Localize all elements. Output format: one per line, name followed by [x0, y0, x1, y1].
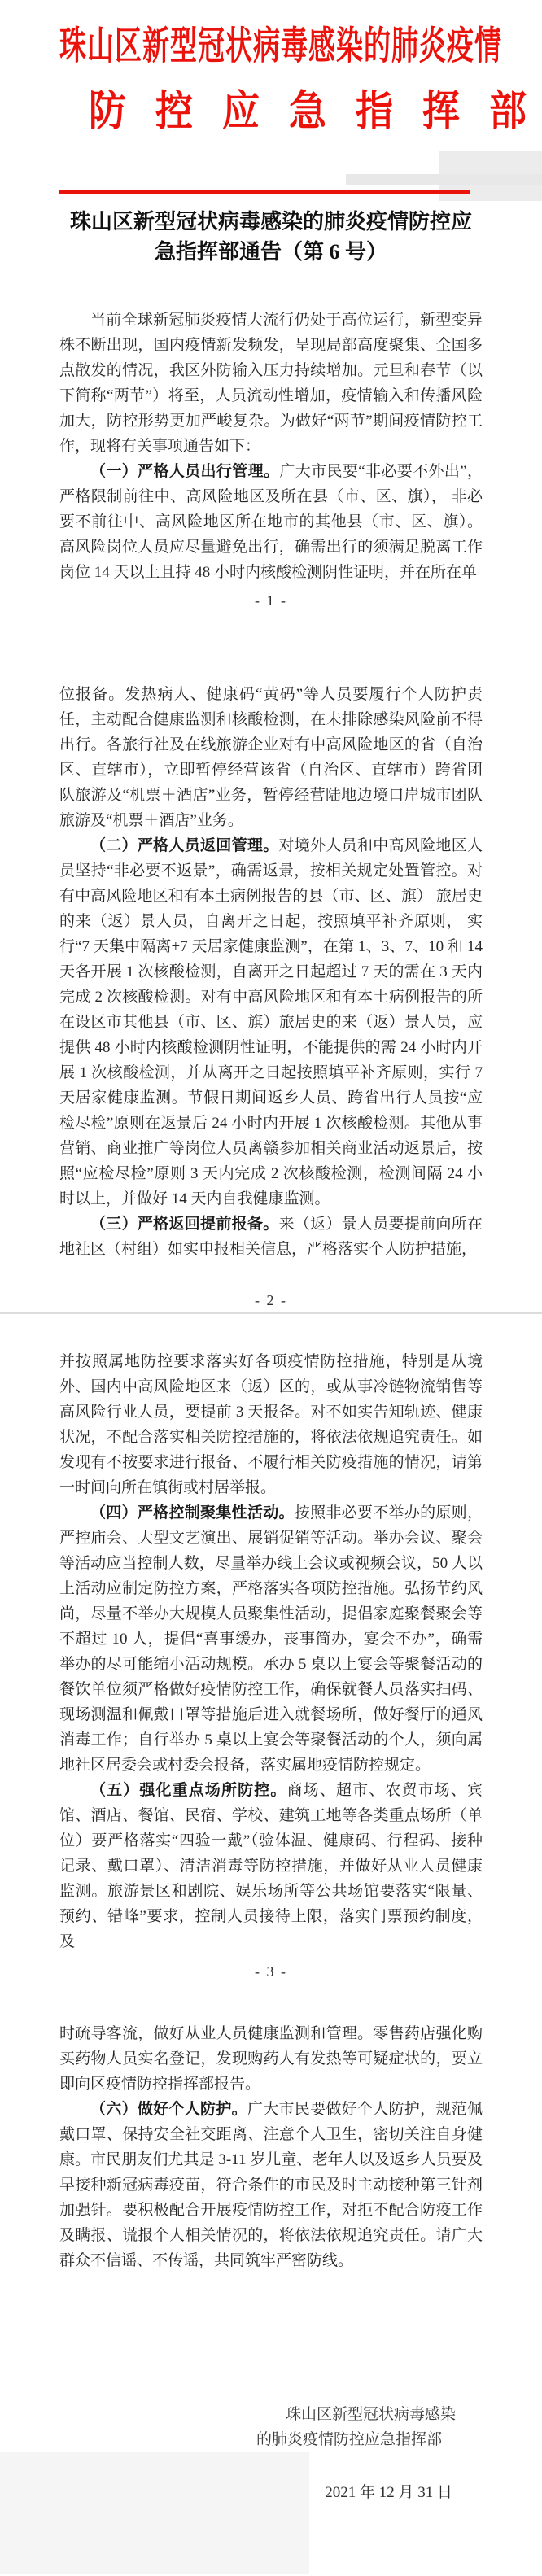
signature-line-2: 的肺炎疫情防控应急指挥部 — [59, 2427, 442, 2452]
notice-title-line-2: 急指挥部通告（第 6 号） — [59, 237, 483, 267]
page-2: 位报备。发热病人、健康码“黄码”等人员要履行个人防护责任，主动配合健康监测和核酸… — [0, 651, 542, 1314]
section-heading: （五）强化重点场所防控。 — [90, 1782, 287, 1799]
paragraph: 当前全球新冠肺炎疫情大流行仍处于高位运行，新型变异株不断出现，国内疫情新发频发，… — [59, 308, 483, 459]
section-heading: （二）严格人员返回管理。 — [90, 837, 279, 854]
page-number: - 3 - — [0, 1963, 542, 1981]
page-1: 珠山区新型冠状病毒感染的肺炎疫情 防控应急指挥部 珠山区新型冠状病毒感染的肺炎疫… — [0, 0, 542, 651]
page-1-body: 当前全球新冠肺炎疫情大流行仍处于高位运行，新型变异株不断出现，国内疫情新发频发，… — [59, 308, 483, 585]
paragraph: 并按照属地防控要求落实好各项疫情防控措施，特别是从境外、国内中高风险地区来（返）… — [59, 1349, 483, 1500]
section-heading: （三）严格返回提前报备。 — [90, 1216, 279, 1233]
page-2-body: 位报备。发热病人、健康码“黄码”等人员要履行个人防护责任，主动配合健康监测和核酸… — [59, 682, 483, 1262]
page-number: - 1 - — [0, 592, 542, 610]
scanned-notice-document: 珠山区新型冠状病毒感染的肺炎疫情 防控应急指挥部 珠山区新型冠状病毒感染的肺炎疫… — [0, 0, 542, 2576]
page-3: 并按照属地防控要求落实好各项疫情防控措施，特别是从境外、国内中高风险地区来（返）… — [0, 1314, 542, 1984]
paragraph: （五）强化重点场所防控。商场、超市、农贸市场、宾馆、酒店、餐馆、民宿、学校、建筑… — [59, 1778, 483, 1954]
notice-title-line-1: 珠山区新型冠状病毒感染的肺炎疫情防控应 — [59, 207, 483, 237]
paragraph: （四）严格控制聚集性活动。按照非必要不举办的原则，严控庙会、大型文艺演出、展销促… — [59, 1500, 483, 1778]
section-heading: （一）严格人员出行管理。 — [90, 463, 279, 480]
paragraph: （三）严格返回提前报备。来（返）景人员要提前向所在地社区（村组）如实申报相关信息… — [59, 1212, 483, 1262]
letterhead-line-2: 防控应急指挥部 — [59, 80, 483, 143]
paragraph: 时疏导客流，做好从业人员健康监测和管理。零售药店强化购买药物人员实名登记，发现购… — [59, 2021, 483, 2097]
paragraph: （一）严格人员出行管理。广大市民要“非必要不外出”，严格限制前往中、高风险地区及… — [59, 459, 483, 585]
section-heading: （四）严格控制聚集性活动。 — [90, 1504, 295, 1522]
page-4: 时疏导客流，做好从业人员健康监测和管理。零售药店强化购买药物人员实名登记，发现购… — [0, 1984, 542, 2574]
signature-date: 2021 年 12 月 31 日 — [59, 2480, 452, 2502]
paragraph: 位报备。发热病人、健康码“黄码”等人员要履行个人防护责任，主动配合健康监测和核酸… — [59, 682, 483, 833]
paragraph: （六）做好个人防护。广大市民要做好个人防护，规范佩戴口罩、保持安全社交距离、注意… — [59, 2097, 483, 2273]
section-heading: （六）做好个人防护。 — [90, 2101, 247, 2118]
signature-block: 珠山区新型冠状病毒感染 的肺炎疫情防控应急指挥部 — [59, 2402, 456, 2452]
page-number: - 2 - — [0, 1292, 542, 1310]
signature-line-1: 珠山区新型冠状病毒感染 — [59, 2402, 456, 2427]
letterhead-rule — [59, 190, 470, 194]
page-4-body: 时疏导客流，做好从业人员健康监测和管理。零售药店强化购买药物人员实名登记，发现购… — [59, 2021, 483, 2273]
notice-title: 珠山区新型冠状病毒感染的肺炎疫情防控应 急指挥部通告（第 6 号） — [59, 207, 483, 267]
paragraph: （二）严格人员返回管理。对境外人员和中高风险地区人员坚持“非必要不返景”，确需返… — [59, 833, 483, 1212]
letterhead-line-1: 珠山区新型冠状病毒感染的肺炎疫情 — [59, 5, 483, 90]
page-3-body: 并按照属地防控要求落实好各项疫情防控措施，特别是从境外、国内中高风险地区来（返）… — [59, 1349, 483, 1954]
